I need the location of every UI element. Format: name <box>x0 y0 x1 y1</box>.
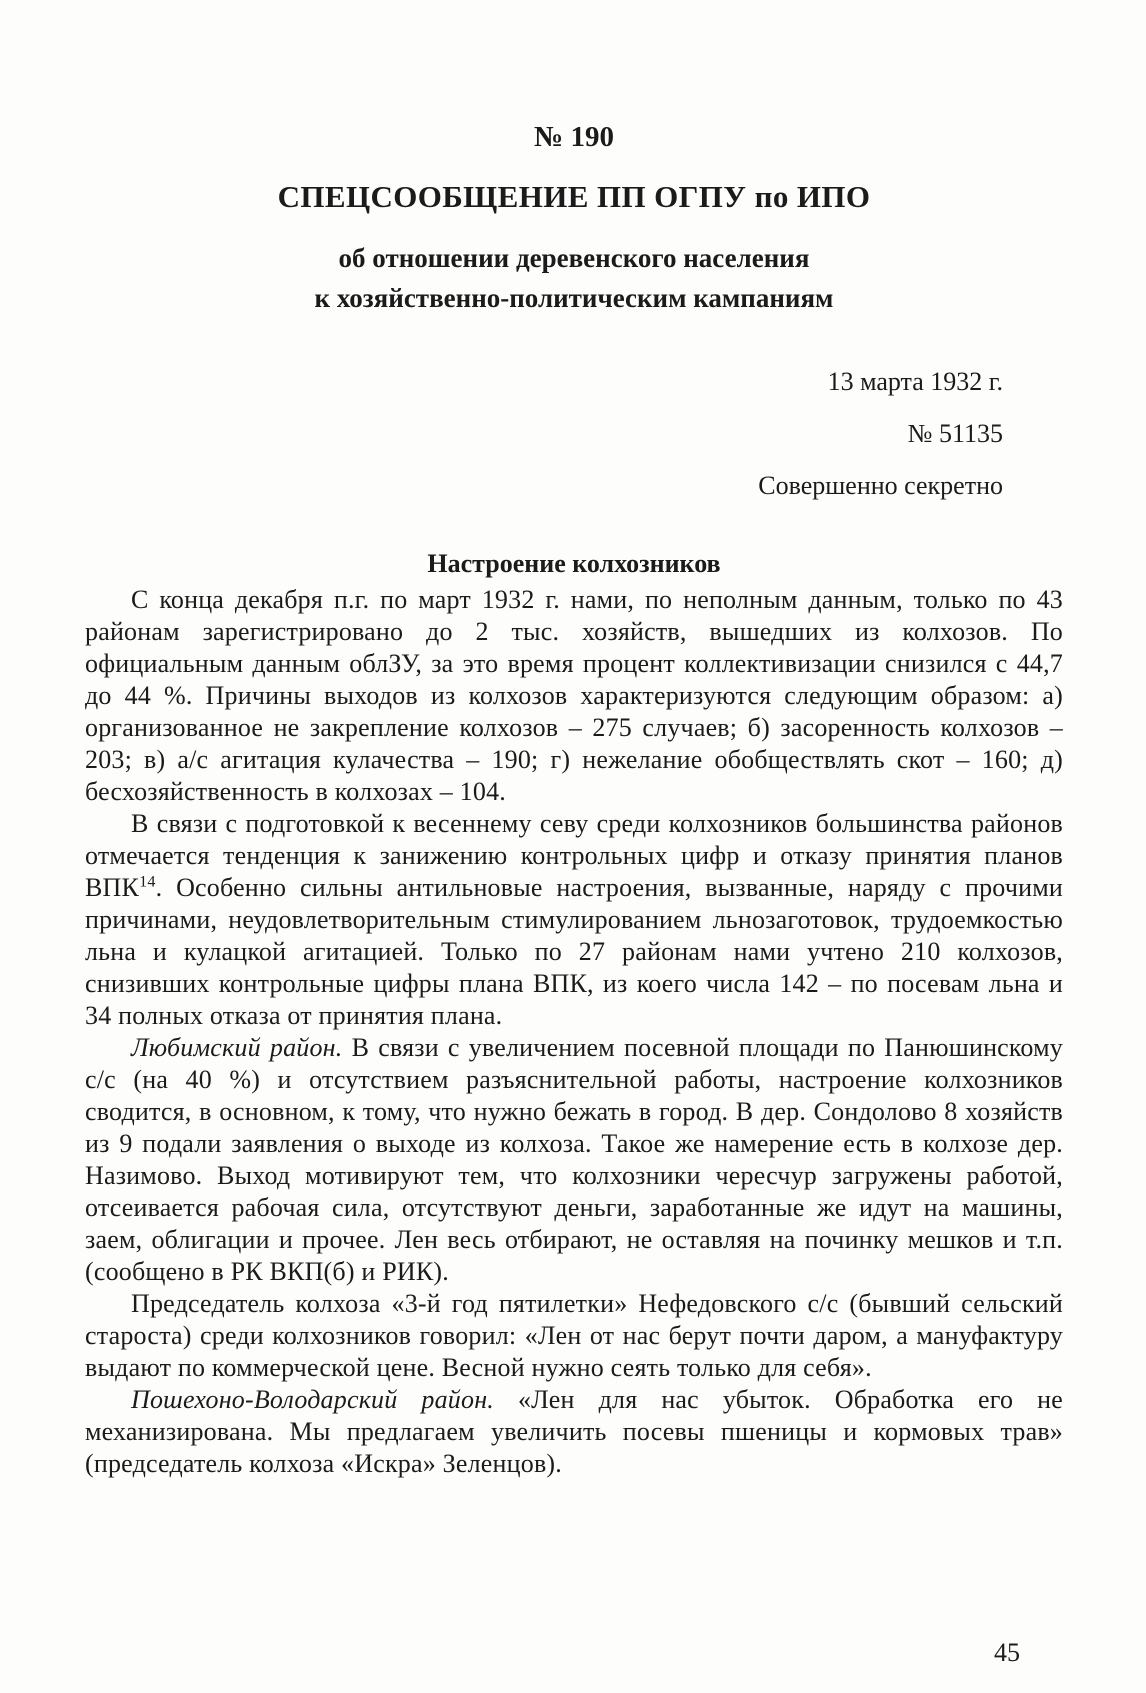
paragraph-1: С конца декабря п.г. по март 1932 г. нам… <box>85 584 1063 808</box>
doc-number: № 190 <box>85 120 1063 154</box>
doc-title: СПЕЦСООБЩЕНИЕ ПП ОГПУ по ИПО <box>85 178 1063 216</box>
footnote-ref-14: 14 <box>139 873 156 890</box>
meta-block: 13 марта 1932 г. № 51135 Совершенно секр… <box>85 356 1063 512</box>
section-heading: Настроение колхозников <box>85 548 1063 580</box>
district-name-poshekhono-volodarsky: Пошехоно-Володарский район. <box>131 1385 494 1414</box>
paragraph-3-text: В связи с увеличением посевной площади п… <box>85 1033 1063 1286</box>
paragraph-2: В связи с подготовкой к весеннему севу с… <box>85 808 1063 1032</box>
doc-subtitle-line1: об отношении деревенского населения <box>85 238 1063 278</box>
paragraph-2-text-cont: . Особенно сильны антильновые настроения… <box>85 873 1063 1030</box>
doc-date: 13 марта 1932 г. <box>85 356 1003 408</box>
document-page: № 190 СПЕЦСООБЩЕНИЕ ПП ОГПУ по ИПО об от… <box>0 0 1146 1693</box>
district-name-lyubimsky: Любимский район. <box>131 1033 342 1062</box>
paragraph-4: Председатель колхоза «3-й год пятилетки»… <box>85 1288 1063 1384</box>
page-number: 45 <box>994 1638 1020 1668</box>
doc-registration-number: № 51135 <box>85 408 1003 460</box>
doc-subtitle-line2: к хозяйственно-политическим кампаниям <box>85 278 1063 318</box>
paragraph-3: Любимский район. В связи с увеличением п… <box>85 1032 1063 1288</box>
classification-stamp: Совершенно секретно <box>85 460 1003 512</box>
paragraph-5: Пошехоно-Володарский район. «Лен для нас… <box>85 1384 1063 1480</box>
doc-subtitle: об отношении деревенского населения к хо… <box>85 238 1063 318</box>
